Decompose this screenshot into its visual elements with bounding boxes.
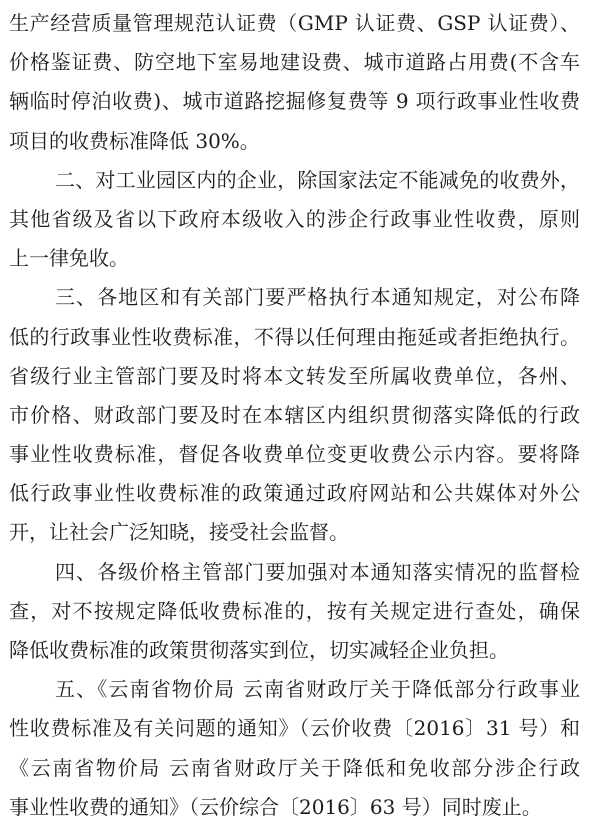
text-line: 查，对不按规定降低收费标准的，按有关规定进行查处，确保 (9, 592, 580, 631)
text-line: 四、各级价格主管部门要加强对本通知落实情况的监督检 (9, 553, 580, 592)
text-line: 低的行政事业性收费标准，不得以任何理由拖延或者拒绝执行。 (9, 318, 580, 357)
text-line: 《云南省物价局 云南省财政厅关于降低和免收部分涉企行政 (9, 749, 580, 788)
text-line: 生产经营质量管理规范认证费（GMP 认证费、GSP 认证费）、 (9, 4, 580, 43)
text-line: 项目的收费标准降低 30%。 (9, 122, 580, 161)
text-line: 辆临时停泊收费)、城市道路挖掘修复费等 9 项行政事业性收费 (9, 82, 580, 121)
text-line: 上一律免收。 (9, 239, 580, 278)
text-line: 省级行业主管部门要及时将本文转发至所属收费单位，各州、 (9, 357, 580, 396)
text-line: 五、《云南省物价局 云南省财政厅关于降低部分行政事业 (9, 670, 580, 709)
text-line: 降低收费标准的政策贯彻落实到位，切实减轻企业负担。 (9, 631, 580, 670)
text-line: 事业性收费的通知》（云价综合〔2016〕63 号）同时废止。 (9, 788, 580, 824)
text-line: 低行政事业性收费标准的政策通过政府网站和公共媒体对外公 (9, 474, 580, 513)
text-line: 价格鉴证费、防空地下室易地建设费、城市道路占用费(不含车 (9, 43, 580, 82)
text-line: 其他省级及省以下政府本级收入的涉企行政事业性收费，原则 (9, 200, 580, 239)
text-line: 性收费标准及有关问题的通知》（云价收费〔2016〕31 号）和 (9, 709, 580, 748)
document-body: 生产经营质量管理规范认证费（GMP 认证费、GSP 认证费）、价格鉴证费、防空地… (9, 4, 580, 824)
text-line: 开，让社会广泛知晓，接受社会监督。 (9, 513, 580, 552)
text-line: 三、各地区和有关部门要严格执行本通知规定，对公布降 (9, 278, 580, 317)
text-line: 二、对工业园区内的企业，除国家法定不能减免的收费外， (9, 161, 580, 200)
document-page: 生产经营质量管理规范认证费（GMP 认证费、GSP 认证费）、价格鉴证费、防空地… (0, 0, 589, 824)
text-line: 市价格、财政部门要及时在本辖区内组织贯彻落实降低的行政 (9, 396, 580, 435)
text-line: 事业性收费标准，督促各收费单位变更收费公示内容。要将降 (9, 435, 580, 474)
